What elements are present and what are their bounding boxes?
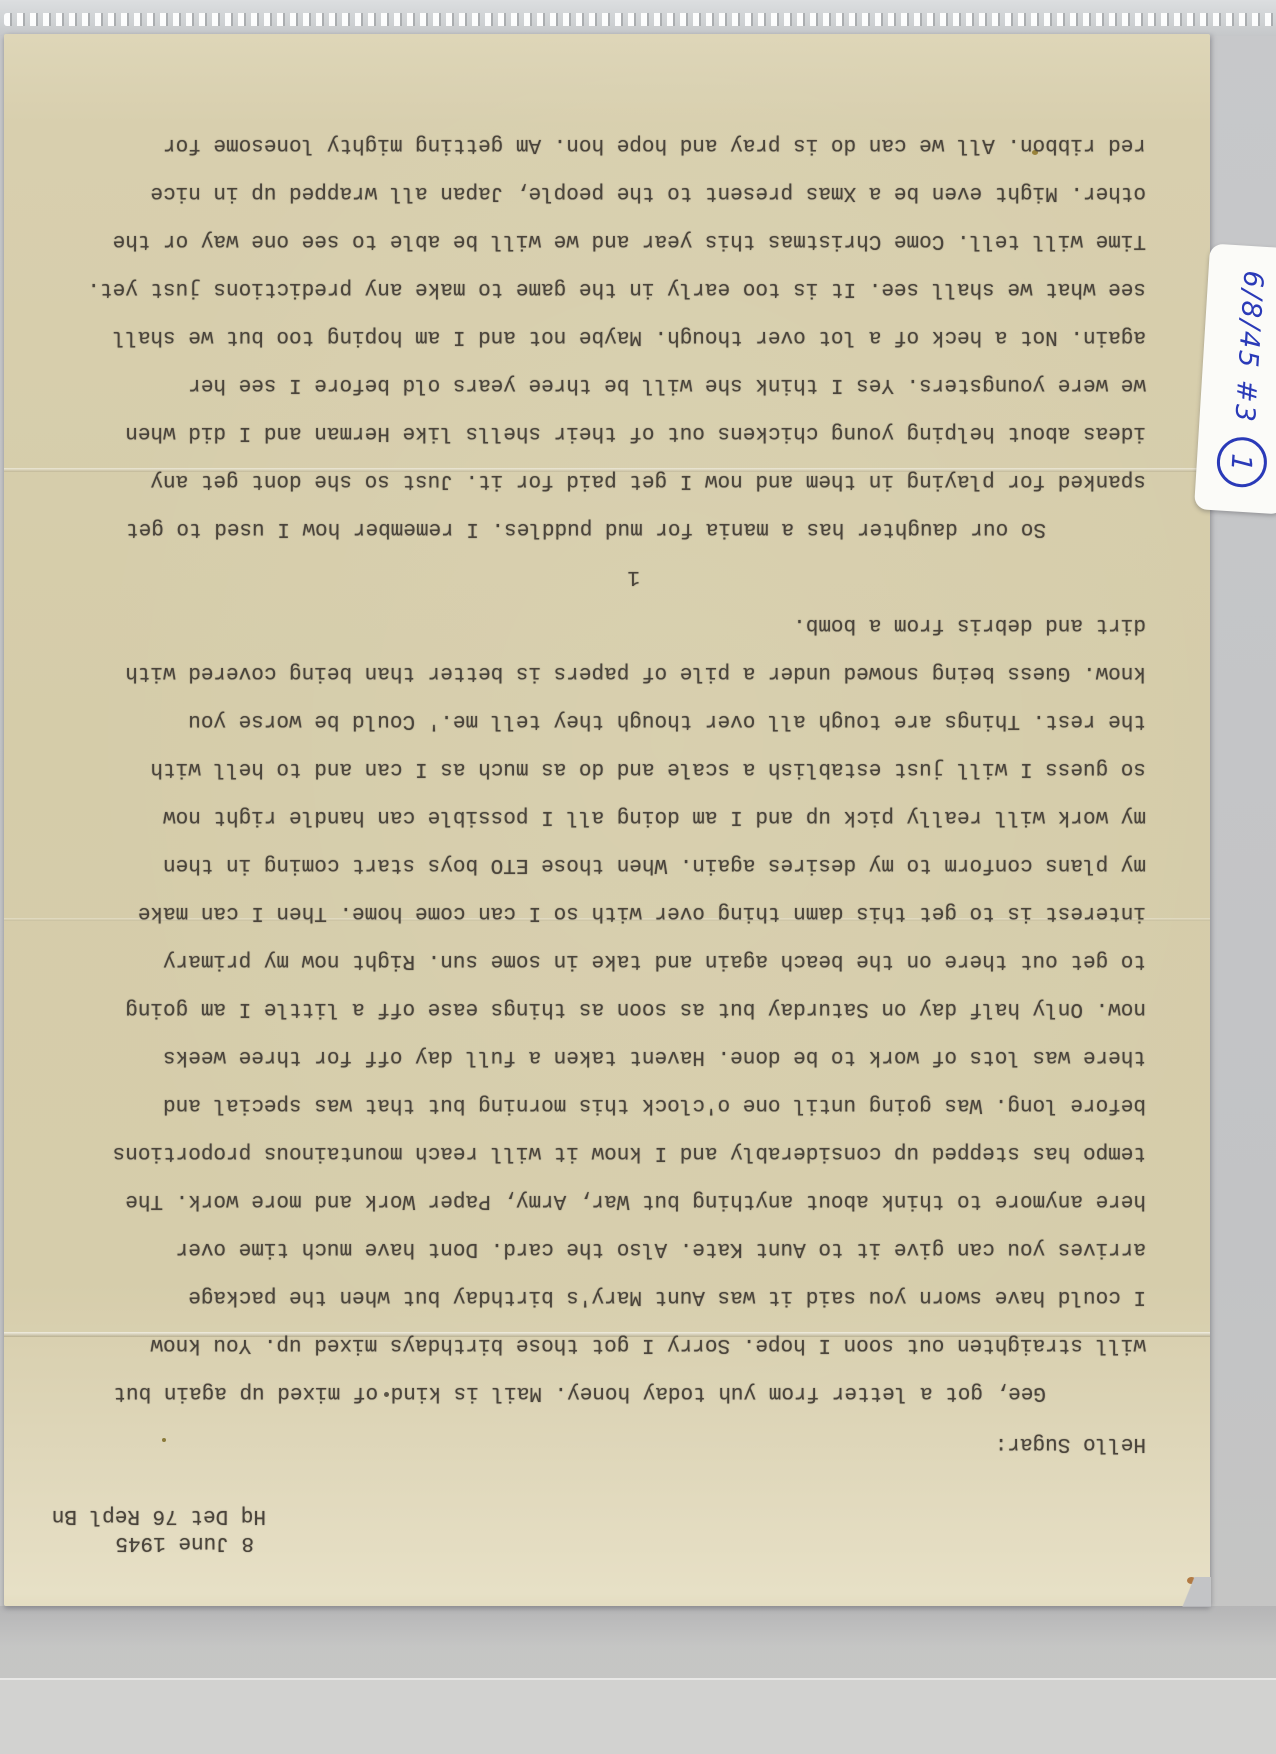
letter-line: now. Only half day on Saturday but as so… xyxy=(62,984,1146,1032)
letter-content-upside-down: 8 June 1945 Hq Det 76 Repl Bn Hello Suga… xyxy=(4,34,1210,1606)
letter-line: ideas about helping young chickens out o… xyxy=(62,408,1146,456)
letter-line: Gee, got a letter from yuh today honey. … xyxy=(62,1368,1146,1416)
letter-line: there was lots of work to be done. Haven… xyxy=(62,1032,1146,1080)
letter-line: my work will really pick up and I am doi… xyxy=(62,792,1146,840)
letter-line: here anymore to think about anything but… xyxy=(62,1176,1146,1224)
letter-line: my plans conform to my desires again. Wh… xyxy=(62,840,1146,888)
letter-line: know. Guess being snowed under a pile of… xyxy=(62,648,1146,696)
letter-line: dirt and debris from a bomb. xyxy=(62,600,1146,648)
letter-line: the rest. Things are tough all over thou… xyxy=(62,696,1146,744)
letter-paragraph: So our daughter has a mania for mud pudd… xyxy=(62,120,1146,552)
scanned-letter-scene: 8 June 1945 Hq Det 76 Repl Bn Hello Suga… xyxy=(0,0,1276,1754)
letter-line: red ribbon. All we can do is pray and ho… xyxy=(62,120,1146,168)
sleeve-edge-shadow xyxy=(0,1606,1276,1680)
letter-line: we were youngsters. Yes I think she will… xyxy=(62,360,1146,408)
sleeve-binder-strip xyxy=(0,0,1276,36)
letter-page: 8 June 1945 Hq Det 76 Repl Bn Hello Suga… xyxy=(4,34,1210,1606)
letter-line: spanked for playing in them and now I ge… xyxy=(62,456,1146,504)
letter-heading: 8 June 1945 Hq Det 76 Repl Bn xyxy=(62,1502,266,1556)
letter-date: 8 June 1945 xyxy=(62,1529,266,1556)
letter-line: interest is to get this damn thing over … xyxy=(62,888,1146,936)
letter-line: Time will tell. Come Christmas this year… xyxy=(62,216,1146,264)
letter-unit: Hq Det 76 Repl Bn xyxy=(62,1502,266,1529)
letter-line: I could have sworn you said it was Aunt … xyxy=(62,1272,1146,1320)
letter-line: before long. Was going until one o'clock… xyxy=(62,1080,1146,1128)
letter-line: see what we shall see. It is too early i… xyxy=(62,264,1146,312)
binder-holes xyxy=(4,13,1276,26)
letter-line: again. Not a heck of a lot over though. … xyxy=(62,312,1146,360)
label-date-code: 6/8/45 #3 xyxy=(1229,270,1269,425)
letter-body: Gee, got a letter from yuh today honey. … xyxy=(62,120,1146,1416)
letter-line: 1 xyxy=(62,552,1146,600)
letter-line: to get out there on the beach again and … xyxy=(62,936,1146,984)
letter-line: other. Might even be a Xmas present to t… xyxy=(62,168,1146,216)
letter-paragraph: Gee, got a letter from yuh today honey. … xyxy=(62,600,1146,1416)
label-handwriting: 6/8/45 #3 1 xyxy=(1215,269,1276,489)
clipped-corner xyxy=(1169,1577,1211,1607)
stray-character-line: 1 xyxy=(62,552,1146,600)
letter-salutation: Hello Sugar: xyxy=(62,1428,1146,1458)
letter-line: will straighten out soon I hope. Sorry I… xyxy=(62,1320,1146,1368)
letter-line: arrives you can give it to Aunt Kate. Al… xyxy=(62,1224,1146,1272)
circled-number: 1 xyxy=(1215,436,1268,489)
sleeve-bottom-edge xyxy=(0,1678,1276,1754)
letter-line: tempo has stepped up considerably and I … xyxy=(62,1128,1146,1176)
letter-line: so guess I will just establish a scale a… xyxy=(62,744,1146,792)
letter-line: So our daughter has a mania for mud pudd… xyxy=(62,504,1146,552)
